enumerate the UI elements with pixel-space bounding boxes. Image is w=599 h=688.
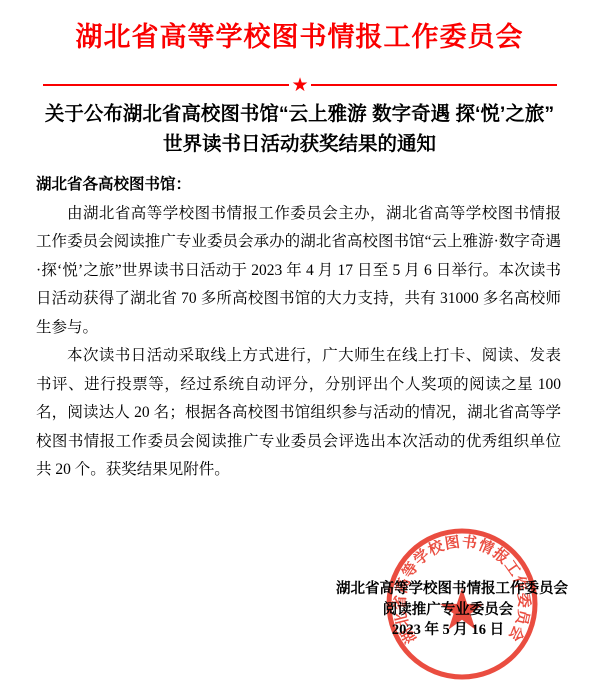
star-icon: ★: [291, 78, 308, 92]
letterhead-org-title: 湖北省高等学校图书情报工作委员会: [0, 15, 599, 54]
signature-org-line: 湖北省高等学校图书情报工作委员会: [336, 579, 560, 600]
document-title-line2: 世界读书日活动获奖结果的通知: [20, 129, 579, 159]
letterhead-divider: ★: [43, 78, 557, 92]
divider-line-left: [43, 84, 289, 86]
body-paragraph-1: 由湖北省高等学校图书情报工作委员会主办，湖北省高等学校图书情报工作委员会阅读推广…: [36, 200, 561, 343]
signature-date: 2023 年 5 月 16 日: [336, 620, 560, 641]
signature-block: 湖北省高等学校图书情报工作委员会 阅读推广专业委员会 2023 年 5 月 16…: [336, 579, 560, 641]
signature-sub-org-line: 阅读推广专业委员会: [336, 600, 560, 621]
document-title: 关于公布湖北省高校图书馆“云上雅游 数字奇遇 探‘悦’之旅” 世界读书日活动获奖…: [20, 99, 579, 159]
salutation: 湖北省各高校图书馆：: [36, 171, 561, 200]
divider-line-right: [311, 84, 557, 86]
document-title-line1: 关于公布湖北省高校图书馆“云上雅游 数字奇遇 探‘悦’之旅”: [20, 99, 579, 129]
official-notice-document: 湖北省高等学校图书情报工作委员会 ★ 关于公布湖北省高校图书馆“云上雅游 数字奇…: [0, 0, 599, 688]
body-paragraph-2: 本次读书日活动采取线上方式进行，广大师生在线上打卡、阅读、发表书评、进行投票等，…: [36, 342, 561, 485]
document-body: 湖北省各高校图书馆： 由湖北省高等学校图书情报工作委员会主办，湖北省高等学校图书…: [36, 171, 561, 485]
